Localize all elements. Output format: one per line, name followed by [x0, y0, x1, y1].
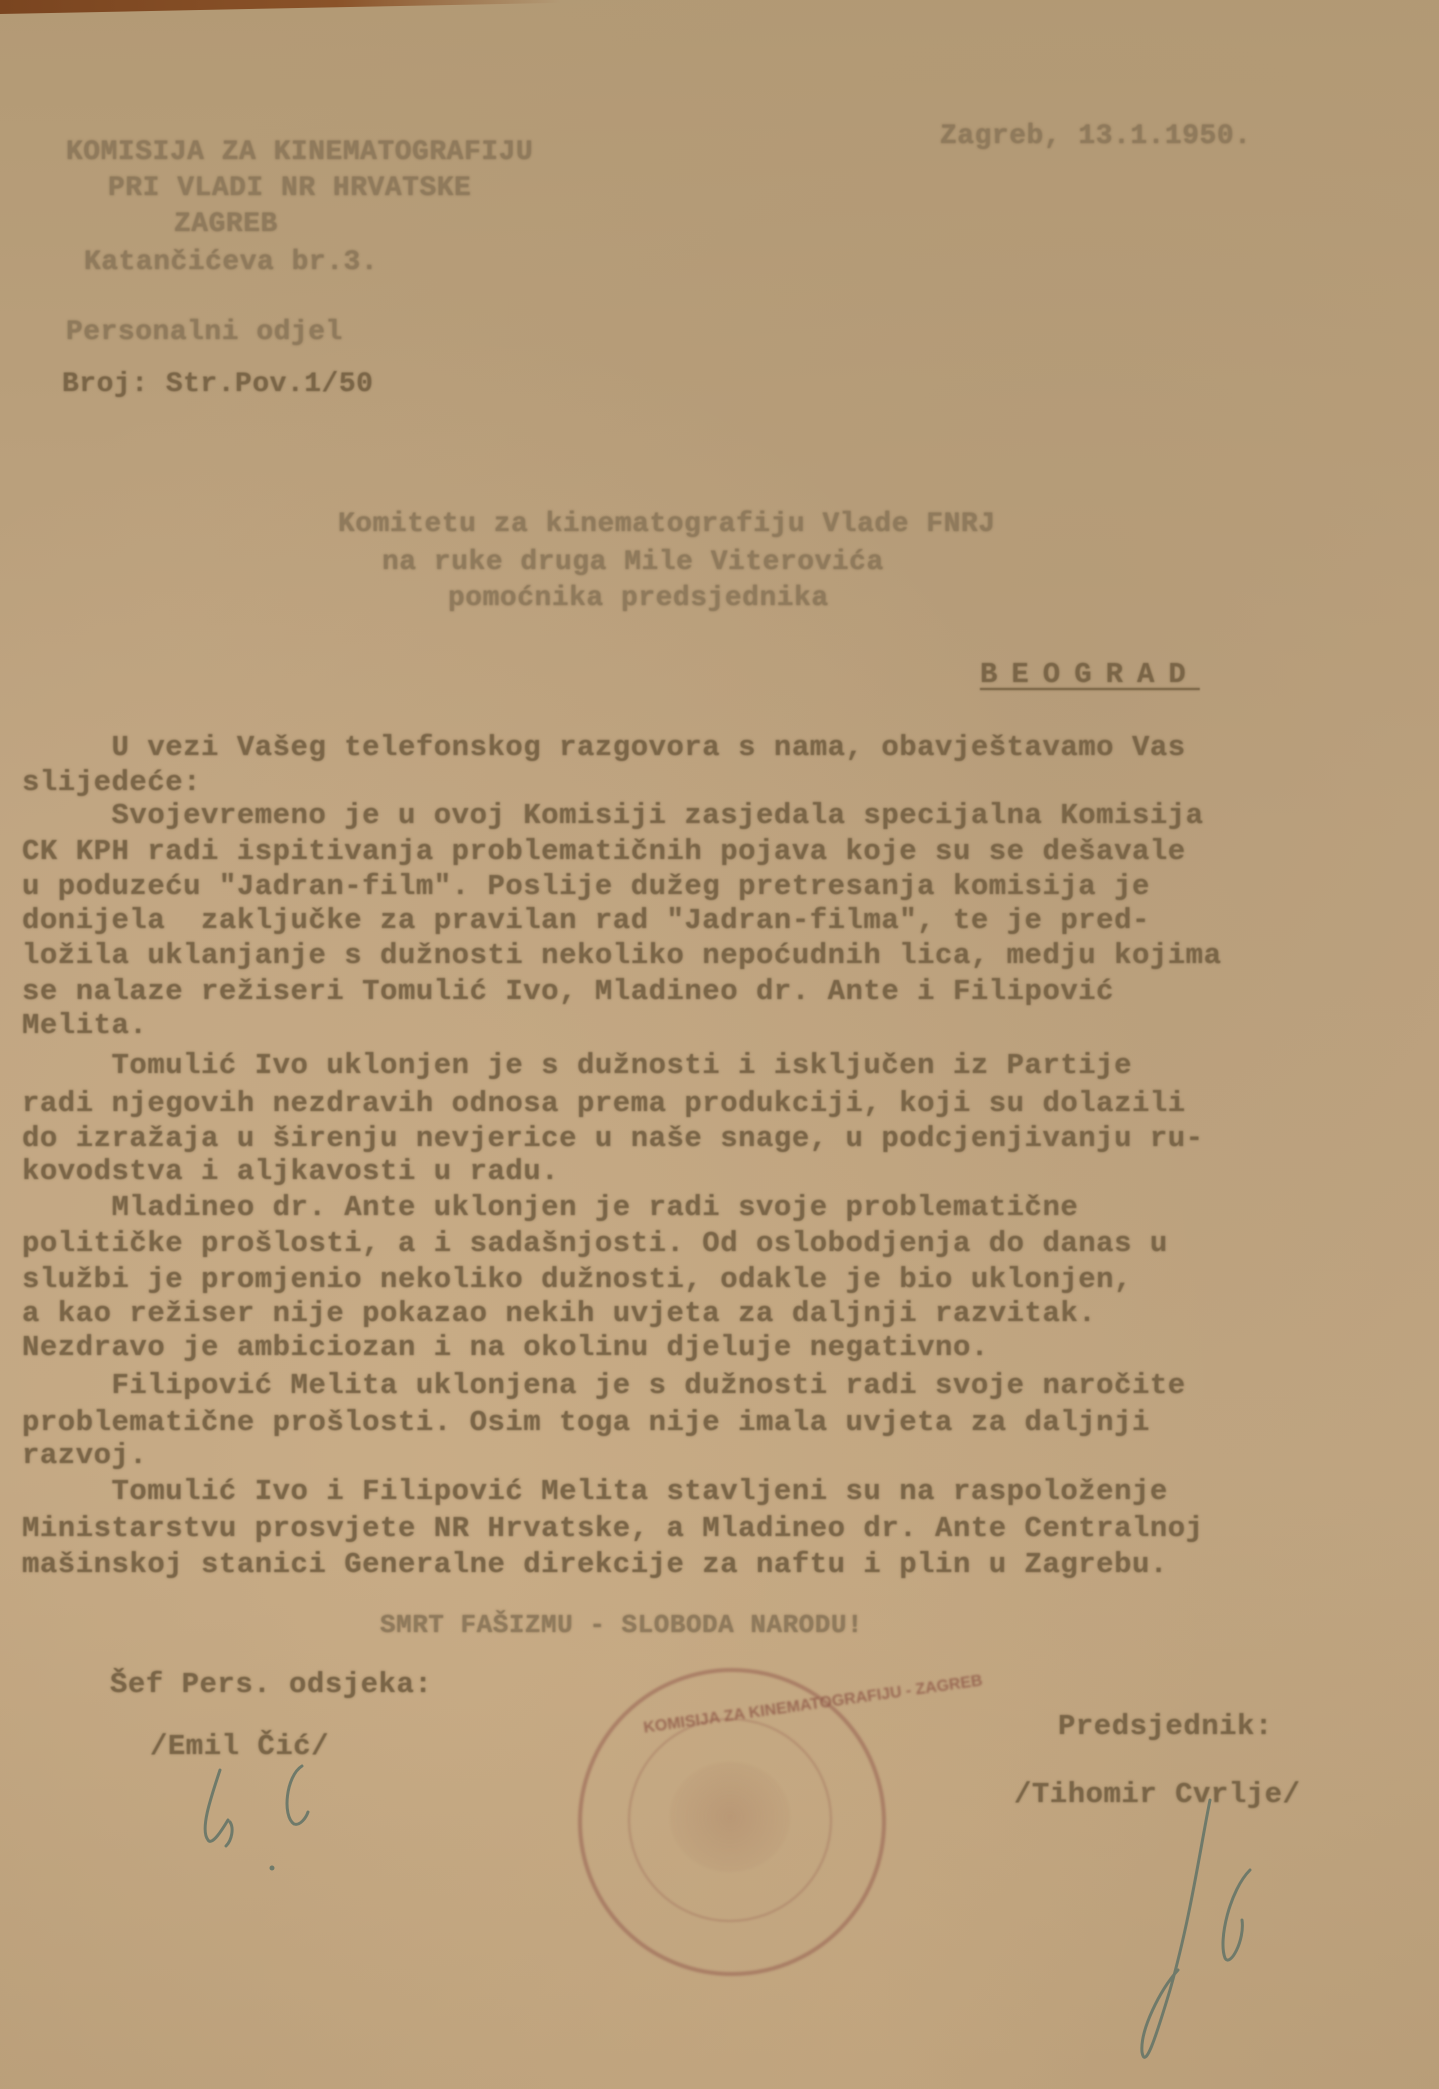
right-signatory-title: Predsjednik:	[1058, 1710, 1273, 1744]
reference-number: Broj: Str.Pov.1/50	[62, 368, 373, 402]
body-line: do izražaja u širenju nevjerice u naše s…	[22, 1122, 1204, 1156]
stamp-emblem	[670, 1762, 790, 1872]
org-name-line-2: PRI VLADI NR HRVATSKE	[108, 172, 471, 206]
body-line: službi je promjenio nekoliko dužnosti, o…	[22, 1263, 1132, 1297]
body-line: a kao režiser nije pokazao nekih uvjeta …	[22, 1297, 1096, 1331]
body-line: kovodstva i aljkavosti u radu.	[22, 1155, 559, 1189]
body-line: mašinskoj stanici Generalne direkcije za…	[22, 1548, 1168, 1582]
signature-tihomir-cvrlje-icon	[1100, 1790, 1280, 2089]
wooden-table-edge	[0, 0, 560, 14]
org-name-line-1: KOMISIJA ZA KINEMATOGRAFIJU	[66, 136, 533, 170]
body-line: donijela zaključke za pravilan rad "Jadr…	[22, 904, 1150, 938]
body-line: ložila uklanjanje s dužnosti nekoliko ne…	[22, 939, 1222, 973]
body-line: Ministarstvu prosvjete NR Hrvatske, a Ml…	[22, 1512, 1204, 1546]
recipient-line-2: na ruke druga Mile Viterovića	[382, 546, 884, 580]
closing-slogan: SMRT FAŠIZMU - SLOBODA NARODU!	[380, 1608, 863, 1642]
org-address: Katančićeva br.3.	[84, 246, 378, 280]
body-line: Svojevremeno je u ovoj Komisiji zasjedal…	[22, 799, 1204, 833]
official-stamp: KOMISIJA ZA KINEMATOGRAFIJU - ZAGREB	[578, 1668, 886, 1976]
body-line: razvoj.	[22, 1439, 147, 1473]
body-line: u poduzeću "Jadran-film". Poslije dužeg …	[22, 870, 1150, 904]
document-date: Zagreb, 13.1.1950.	[940, 120, 1251, 154]
left-signatory-name: /Emil Čić/	[150, 1730, 329, 1764]
body-line: problematične prošlosti. Osim toga nije …	[22, 1406, 1150, 1440]
recipient-line-3: pomoćnika predsjednika	[448, 582, 829, 616]
body-line: radi njegovih nezdravih odnosa prema pro…	[22, 1087, 1186, 1121]
org-city: ZAGREB	[174, 208, 278, 242]
department-label: Personalni odjel	[66, 316, 343, 350]
body-line: Melita.	[22, 1009, 147, 1043]
recipient-city: BEOGRAD	[980, 658, 1200, 692]
body-line: Nezdravo je ambiciozan i na okolinu djel…	[22, 1331, 989, 1365]
left-signatory-title: Šef Pers. odsjeka:	[110, 1668, 432, 1702]
body-line: Tomulić Ivo i Filipović Melita stavljeni…	[22, 1475, 1168, 1509]
body-line: slijedeće:	[22, 766, 201, 800]
recipient-line-1: Komitetu za kinematografiju Vlade FNRJ	[338, 508, 996, 542]
signature-emil-cic-icon	[190, 1760, 350, 1880]
body-line: se nalaze režiseri Tomulić Ivo, Mladineo…	[22, 975, 1114, 1009]
body-line: Tomulić Ivo uklonjen je s dužnosti i isk…	[22, 1049, 1132, 1083]
body-line: Mladineo dr. Ante uklonjen je radi svoje…	[22, 1191, 1078, 1225]
body-line: CK KPH radi ispitivanja problematičnih p…	[22, 835, 1186, 869]
body-line: U vezi Vašeg telefonskog razgovora s nam…	[22, 731, 1186, 765]
body-line: Filipović Melita uklonjena je s dužnosti…	[22, 1369, 1186, 1403]
stamp-text: KOMISIJA ZA KINEMATOGRAFIJU - ZAGREB	[642, 1672, 983, 1737]
body-line: političke prošlosti, a i sadašnjosti. Od…	[22, 1227, 1168, 1261]
